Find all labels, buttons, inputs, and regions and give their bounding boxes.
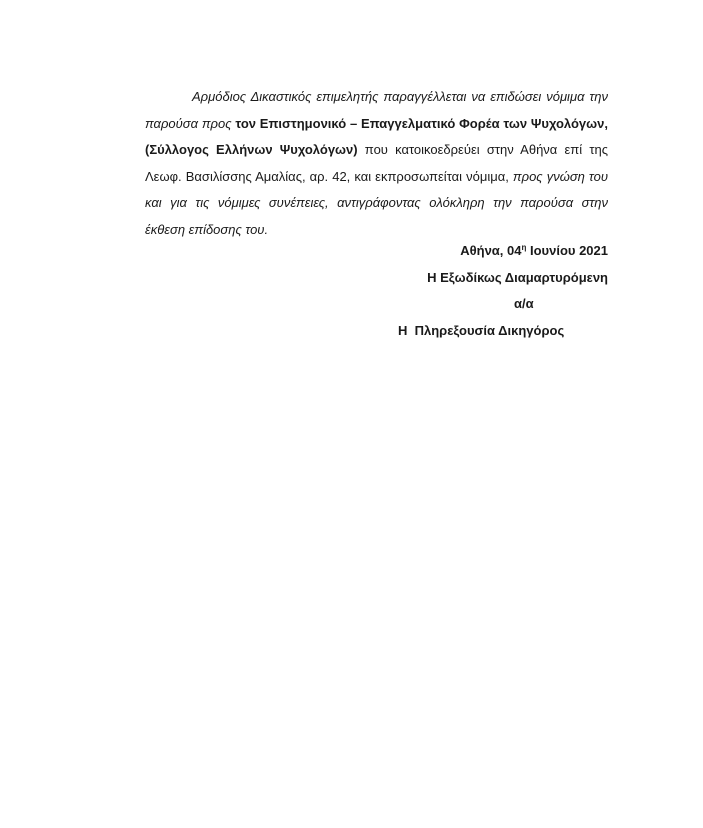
signature-date: Αθήνα, 04η Ιουνίου 2021 xyxy=(460,243,608,258)
document-page: Αρμόδιος Δικαστικός επιμελητής παραγγέλλ… xyxy=(0,0,703,828)
date-prefix: Αθήνα, 04 xyxy=(460,243,521,258)
signature-lawyer: Η Πληρεξουσία Δικηγόρος xyxy=(398,323,564,338)
date-suffix: Ιουνίου 2021 xyxy=(530,243,608,258)
signature-on-behalf: α/α xyxy=(514,296,534,311)
date-superscript: η xyxy=(521,243,526,252)
signature-role: Η Εξωδίκως Διαμαρτυρόμενη xyxy=(427,270,608,285)
service-instruction-paragraph: Αρμόδιος Δικαστικός επιμελητής παραγγέλλ… xyxy=(145,84,608,243)
